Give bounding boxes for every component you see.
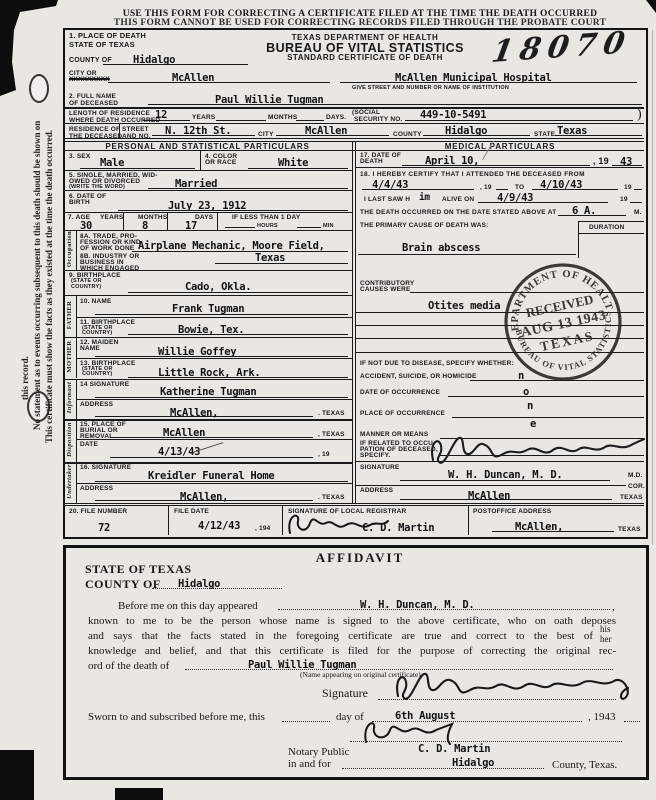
inner-rule xyxy=(76,358,352,359)
standard-certificate-title: STANDARD CERTIFICATE OF DEATH xyxy=(250,53,480,62)
affidavit-appeared-name: W. H. Duncan, M. D. xyxy=(360,600,474,611)
scan-edge-bottom-left xyxy=(0,750,34,800)
mother-side-label: MOTHER xyxy=(66,337,73,376)
county-value: Hidalgo xyxy=(133,55,175,66)
physician-sig-label: SIGNATURE xyxy=(360,464,400,471)
color-value: White xyxy=(278,158,308,169)
scan-edge-bottom-strip xyxy=(115,788,163,800)
age-div3 xyxy=(217,212,218,230)
bp9-label3: COUNTRY) xyxy=(71,284,101,290)
age-years-label: YEARS xyxy=(100,214,123,221)
undertaker-fill xyxy=(95,481,348,482)
father-name-fill xyxy=(95,314,348,315)
double-rule-b xyxy=(63,505,644,506)
informant-fill xyxy=(95,397,348,398)
bp11-fill xyxy=(128,334,348,335)
burial-state-label: , TEXAS xyxy=(318,431,345,438)
attend-to-fill xyxy=(532,189,618,190)
occurred-label: THE DEATH OCCURRED ON THE DATE STATED AB… xyxy=(360,209,557,216)
none-char-3: n xyxy=(527,401,533,412)
affidavit-body3: knowledge and belief, and that this cert… xyxy=(88,644,616,658)
to-suffix-label: 19 xyxy=(624,184,632,191)
received-stamp: DEPARTMENT OF HEALTH BUREAU OF VITAL STA… xyxy=(489,248,636,395)
row-rule xyxy=(63,337,352,338)
ssn-value: 449-10-5491 xyxy=(420,110,486,121)
dod-year-fill xyxy=(612,165,642,166)
physician-value: W. H. Duncan, M. D. xyxy=(448,470,562,481)
sig-section-rule xyxy=(356,461,644,462)
hours-fill xyxy=(225,227,255,228)
affidavit-deceased-name: Paul Willie Tugman xyxy=(248,660,356,671)
affidavit-body2: and says that the facts stated in the fo… xyxy=(88,629,593,643)
affidavit-state: STATE OF TEXAS xyxy=(85,562,192,578)
related-label3: SPECIFY. xyxy=(360,452,391,459)
occupation-side-label: Occupation xyxy=(66,230,73,268)
side-divider xyxy=(76,295,77,337)
manner-label: MANNER OR MEANS xyxy=(360,431,428,438)
father-name-label: 10. NAME xyxy=(80,298,112,305)
months-label: MONTHS xyxy=(268,114,297,121)
file-divider1 xyxy=(168,505,169,535)
lastsaw-fill xyxy=(478,202,608,203)
from-suffix-fill xyxy=(496,189,508,190)
days-fill xyxy=(296,120,324,121)
duration-box-left xyxy=(578,221,579,258)
affidavit-body1: known to me to be the person whose name … xyxy=(88,614,616,628)
certify-label: 18. I HEREBY CERTIFY THAT I ATTENDED THE… xyxy=(360,171,585,178)
father-name-value: Frank Tugman xyxy=(172,304,244,315)
dob-label2: BIRTH xyxy=(69,199,90,206)
margin-note-line2: No statement as to events occurring subs… xyxy=(32,121,42,430)
to-suffix-fill xyxy=(634,189,642,190)
file-date-value: 4/12/43 xyxy=(198,521,240,532)
scan-corner-top-right xyxy=(646,0,656,13)
age-less-label: IF LESS THAN 1 DAY xyxy=(232,214,300,221)
meridiem-label: M. xyxy=(634,209,642,216)
trade-value-line1: Airplane Mechanic, Moore Field, xyxy=(138,241,325,252)
informant-sig-label: 14 SIGNATURE xyxy=(80,381,129,388)
affidavit-title: AFFIDAVIT xyxy=(200,550,520,567)
md-label: M.D. xyxy=(628,472,643,479)
informant-side-label: Informant xyxy=(66,378,73,417)
undertaker-addr-state: . TEXAS xyxy=(318,494,345,501)
affidavit-body4: ord of the death of xyxy=(88,659,169,673)
inner-rule xyxy=(76,317,352,318)
duration-box-rule xyxy=(578,233,644,234)
sworn-year-text: , 1943 xyxy=(588,710,616,724)
trade-fill1 xyxy=(132,251,348,252)
min-label: MIN xyxy=(323,223,334,229)
row-rule xyxy=(63,270,352,271)
cor-label: COR. xyxy=(628,483,645,490)
lastsaw-label1: I LAST SAW H xyxy=(364,196,410,203)
death-time-fill xyxy=(558,215,626,216)
row-rule xyxy=(63,295,352,296)
death-certificate-scan: This certificate must show the facts as … xyxy=(0,0,656,800)
notary-county-value: Hidalgo xyxy=(452,758,494,769)
row-rule xyxy=(356,167,644,168)
dod-label2: DEATH xyxy=(360,158,383,165)
affidavit-appeared-text: Before me on this day appeared xyxy=(118,599,258,613)
contrib-value: Otites media xyxy=(428,301,500,312)
accident-fill xyxy=(470,380,644,381)
dod-fill xyxy=(402,165,590,166)
row-rule xyxy=(63,170,352,171)
inner-rule xyxy=(76,399,352,400)
sex-fill xyxy=(80,168,195,169)
full-name-value: Paul Willie Tugman xyxy=(215,95,323,106)
burial-date-label: DATE xyxy=(80,441,98,448)
bp9-fill xyxy=(128,292,348,293)
res-county-value: Hidalgo xyxy=(445,126,487,137)
institution-value: McAllen Municipal Hospital xyxy=(395,73,552,84)
not-disease-label: IF NOT DUE TO DISEASE, SPECIFY WHETHER: xyxy=(360,360,514,367)
trade-value-line2: Texas xyxy=(255,253,285,264)
mother-name-fill xyxy=(95,356,348,357)
years-fill xyxy=(143,120,190,121)
cause-value: Brain abscess xyxy=(402,243,480,254)
margin-note-line3: this record. xyxy=(20,356,30,400)
primary-cause-label: THE PRIMARY CAUSE OF DEATH WAS: xyxy=(360,222,489,229)
undertaker-addr-label: ADDRESS xyxy=(80,485,113,492)
occ-date-label: DATE OF OCCURRENCE xyxy=(360,389,440,396)
age-div2 xyxy=(167,212,168,230)
accident-label: ACCIDENT, SUICIDE, OR HOMICIDE xyxy=(360,373,477,380)
months-fill xyxy=(216,120,266,121)
city-struck-label: XXXXXXXXX xyxy=(69,76,110,83)
min-fill xyxy=(297,227,321,228)
undertaker-side-label: Undertaker xyxy=(66,462,73,501)
sex-color-divider xyxy=(200,150,201,170)
physician-addr-state: TEXAS xyxy=(620,494,643,501)
section-rule xyxy=(63,150,644,151)
lastsaw-fill-value: im xyxy=(419,193,430,203)
row-rule xyxy=(63,190,352,191)
occ-place-fill xyxy=(452,417,644,418)
side-divider xyxy=(76,230,77,270)
sworn-day-fill xyxy=(282,721,330,722)
residence-years-value: 12 xyxy=(155,110,167,121)
row-rule xyxy=(63,379,352,380)
physician-addr-fill xyxy=(400,499,612,500)
none-char-2: o xyxy=(523,387,529,398)
burial-fill xyxy=(110,437,313,438)
punch-hole xyxy=(29,74,49,103)
to-label: TO xyxy=(515,184,524,191)
burial-date-suffix: , 19 xyxy=(318,451,330,458)
margin-note-line1: This certificate must show the facts as … xyxy=(44,130,54,443)
file-number-value: 72 xyxy=(98,523,110,534)
occ-place-label: PLACE OF OCCURRENCE xyxy=(360,410,445,417)
days-label: DAYS. xyxy=(326,114,346,121)
res-city-value: McAllen xyxy=(305,126,347,137)
street-value: N. 12th St. xyxy=(165,126,231,137)
years-label: YEARS xyxy=(192,114,215,121)
physician-signature-scrawl xyxy=(425,428,649,470)
notary-suffix-text: County, Texas. xyxy=(552,758,617,772)
postoffice-label: POSTOFFICE ADDRESS xyxy=(473,508,551,515)
sex-value: Male xyxy=(100,158,124,169)
cause-fill xyxy=(358,254,576,255)
file-date-suffix: , 194 xyxy=(255,525,270,532)
none-char-1: n xyxy=(518,371,524,382)
city-fill-line xyxy=(108,82,330,83)
inner-rule xyxy=(76,439,352,440)
age-div1 xyxy=(123,212,124,230)
affidavit-county-value: Hidalgo xyxy=(178,579,220,590)
contrib-label2: CAUSES WERE xyxy=(360,286,411,293)
file-divider3 xyxy=(468,505,469,535)
side-divider xyxy=(76,419,77,462)
undertaker-sig-label: 16. SIGNATURE xyxy=(80,464,131,471)
lastsaw-suffix-fill xyxy=(630,202,642,203)
bp13-label3: COUNTRY) xyxy=(82,371,112,377)
age-days-label: DAYS xyxy=(195,214,213,221)
file-divider2 xyxy=(282,505,283,535)
center-divider-a xyxy=(352,141,353,503)
attend-from-fill xyxy=(362,189,474,190)
row-rule xyxy=(63,123,644,124)
institution-hint: GIVE STREET AND NUMBER OR NAME OF INSTIT… xyxy=(352,85,509,91)
affidavit-sworn-text: Sworn to and subscribed before me, this xyxy=(88,710,265,724)
notary-county-fill xyxy=(342,768,544,769)
maiden-label2: NAME xyxy=(80,345,100,352)
affiant-signature-scrawl xyxy=(392,666,646,706)
notary-inandfor-text: in and for xyxy=(288,757,331,771)
affidavit-signature-label: Signature xyxy=(322,686,368,702)
disposition-side-label: Disposition xyxy=(66,419,73,460)
dob-fill xyxy=(118,210,348,211)
marital-fill xyxy=(148,188,348,189)
street-label2: AND NO. xyxy=(122,133,151,140)
affidavit-comma: , xyxy=(612,600,615,614)
registrar-value: C. D. Martin xyxy=(362,523,434,534)
center-divider-b xyxy=(355,141,356,503)
inner-rule xyxy=(356,485,626,486)
city-value: McAllen xyxy=(172,73,214,84)
informant-addr-fill xyxy=(95,416,313,417)
mini-divider xyxy=(119,124,120,138)
occ-date-fill xyxy=(448,396,644,397)
county-fill-line xyxy=(103,64,248,65)
residence-of-label2: THE DECEASED xyxy=(69,133,122,140)
lastsaw-suffix-label: 19 xyxy=(620,196,628,203)
inner-rule xyxy=(76,483,352,484)
page-edge-line xyxy=(652,30,653,545)
bp9-value: Cado, Okla. xyxy=(185,282,251,293)
affidavit-county-label: COUNTY OF xyxy=(85,577,161,593)
duration-box-top xyxy=(578,221,644,222)
trade-fill2 xyxy=(215,263,348,264)
file-number-label: 20. FILE NUMBER xyxy=(69,508,127,515)
row-rule xyxy=(63,230,352,231)
trade-label3: OF WORK DONE xyxy=(80,245,134,252)
sex-label: 3. SEX xyxy=(69,153,90,160)
postoffice-fill xyxy=(492,531,614,532)
undertaker-addr-fill xyxy=(95,500,313,501)
sworn-year-fill xyxy=(624,721,640,722)
postoffice-state: TEXAS xyxy=(618,526,641,533)
double-rule-a xyxy=(63,503,644,504)
dod-year-label: , 19 xyxy=(593,156,609,166)
double-rule-a xyxy=(63,138,644,139)
physician-fill xyxy=(400,480,610,481)
from-suffix-label: , 19 xyxy=(480,184,492,191)
informant-addr-state: . TEXAS xyxy=(318,410,345,417)
res-state-fill xyxy=(555,135,642,136)
bp11-label3: COUNTRY) xyxy=(82,330,112,336)
lastsaw-label2: ALIVE ON xyxy=(442,196,474,203)
notary-signature-fill xyxy=(350,741,622,742)
duration-label: DURATION xyxy=(589,224,624,231)
physician-addr-label: ADDRESS xyxy=(360,487,393,494)
row-rule xyxy=(63,212,352,213)
ssn-paren: ) xyxy=(637,106,642,124)
hours-label: HOURS xyxy=(257,223,278,229)
burial-date-fill xyxy=(110,457,313,458)
undertaker-value: Kreidler Funeral Home xyxy=(148,471,274,482)
informant-addr-label: ADDRESS xyxy=(80,401,113,408)
bp13-fill xyxy=(128,377,348,378)
state-of-texas-label: STATE OF TEXAS xyxy=(69,41,135,50)
informant-value: Katherine Tugman xyxy=(160,387,256,398)
color-fill xyxy=(248,168,348,169)
file-date-label: FILE DATE xyxy=(174,508,209,515)
color-label2: OR RACE xyxy=(205,159,236,166)
notary-name-value: C. D. Martin xyxy=(418,744,490,755)
father-side-label: FATHER xyxy=(66,295,73,335)
